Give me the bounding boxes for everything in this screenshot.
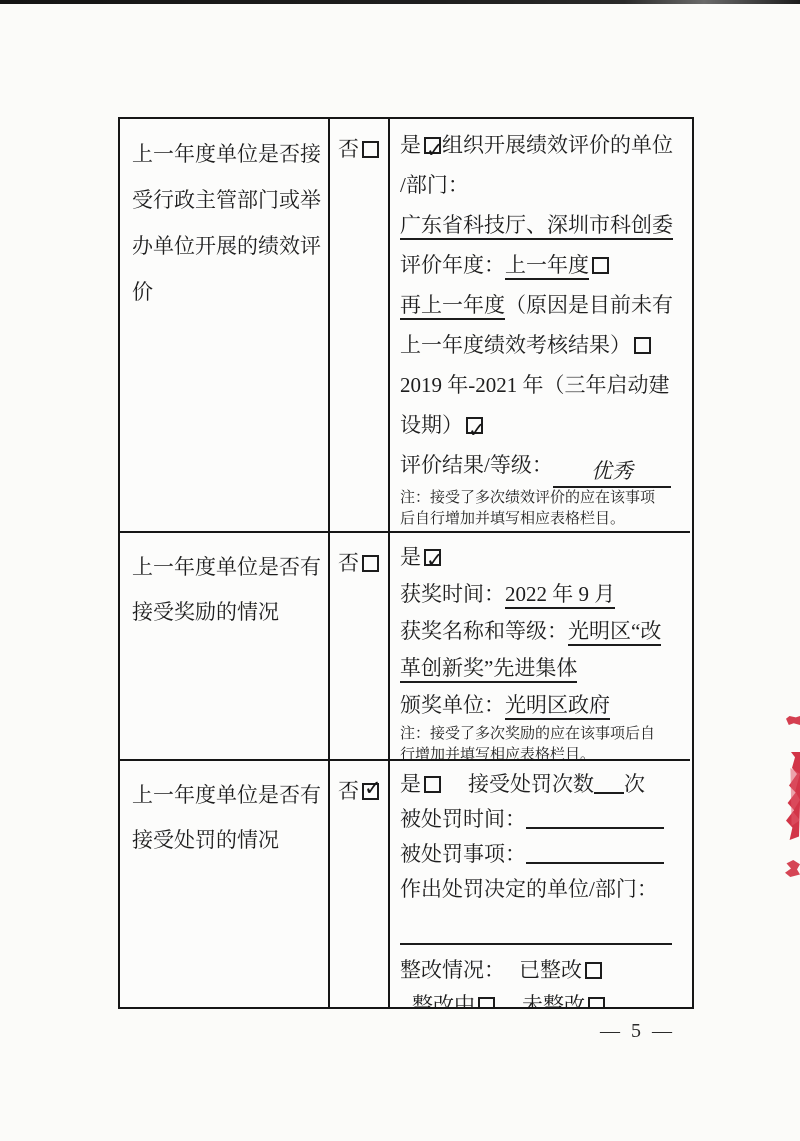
yes-label: 是: [400, 133, 421, 157]
no-checkbox: [362, 783, 379, 800]
penalty-item-label: 被处罚事项：: [400, 842, 526, 866]
red-seal-fragment-icon: [785, 860, 800, 877]
rectify-done-text: 已整改: [519, 958, 582, 982]
penalty-time-blank: [526, 807, 664, 829]
question-text: 办单位开展的绩效评: [132, 223, 328, 269]
yes-label: 是: [400, 772, 421, 796]
dept-label: /部门：: [400, 165, 686, 205]
eval-year-option3-checkbox: [466, 417, 483, 434]
question-cell-performance-evaluation: 上一年度单位是否接 受行政主管部门或举 办单位开展的绩效评 价: [120, 119, 330, 533]
no-option-cell-performance-evaluation: 否: [330, 119, 390, 533]
eval-year-option3-text: 2019 年-2021 年（三年启动建: [400, 365, 686, 405]
result-label: 评价结果/等级：: [400, 453, 553, 477]
penalty-item-blank: [526, 842, 664, 864]
award-org-value: 光明区政府: [505, 693, 610, 720]
no-label: 否: [338, 551, 359, 575]
penalty-count-suffix: 次: [624, 772, 645, 796]
eval-year-label: 评价年度：: [400, 253, 505, 277]
detail-cell-awards: 是 获奖时间：2022 年 9 月 获奖名称和等级：光明区“改 革创新奖”先进集…: [390, 533, 690, 761]
yes-checkbox: [424, 137, 441, 154]
scan-edge-artifact: [0, 0, 800, 4]
dept-value: 广东省科技厅、深圳市科创委: [400, 213, 673, 240]
rectify-not-text: 未整改: [522, 993, 585, 1007]
rectify-doing-checkbox: [478, 997, 495, 1007]
award-name-label: 获奖名称和等级：: [400, 619, 568, 643]
penalty-count-label: 接受处罚次数: [468, 772, 594, 796]
question-cell-penalties: 上一年度单位是否有 接受处罚的情况: [120, 761, 330, 1007]
no-label: 否: [338, 779, 359, 803]
penalty-time-label: 被处罚时间：: [400, 807, 526, 831]
no-option-cell-penalties: 否: [330, 761, 390, 1007]
question-text: 价: [132, 269, 328, 315]
award-name-value: 革创新奖”先进集体: [400, 656, 577, 683]
penalty-org-label: 作出处罚决定的单位/部门：: [400, 872, 686, 907]
yes-label: 是: [400, 545, 421, 569]
award-org-label: 颁奖单位：: [400, 693, 505, 717]
yes-checkbox: [424, 549, 441, 566]
result-value: 优秀: [553, 456, 671, 488]
note-text: 注：接受了多次绩效评价的应在该事项: [400, 488, 686, 509]
detail-cell-penalties: 是接受处罚次数次 被处罚时间： 被处罚事项： 作出处罚决定的单位/部门： 整改情…: [390, 761, 690, 1007]
note-text: 注：接受了多次奖励的应在该事项后自: [400, 724, 686, 745]
rectify-doing-text: 整改中: [412, 993, 475, 1007]
no-checkbox: [362, 141, 379, 158]
question-text: 受行政主管部门或举: [132, 177, 328, 223]
penalty-count-blank: [594, 772, 624, 794]
no-checkbox: [362, 555, 379, 572]
yes-checkbox: [424, 776, 441, 793]
eval-year-option2-checkbox: [634, 337, 651, 354]
rectify-not-checkbox: [588, 997, 605, 1007]
award-name-value: 光明区“改: [568, 619, 661, 646]
eval-year-option2-reason: 上一年度绩效考核结果）: [400, 333, 631, 357]
question-text: 上一年度单位是否有: [132, 773, 328, 818]
page-number: — 5 —: [600, 1020, 675, 1043]
note-text: 行增加并填写相应表格栏目。: [400, 745, 686, 761]
penalty-org-blank: [400, 923, 672, 945]
eval-year-option2-reason: （原因是目前未有: [505, 293, 673, 317]
eval-year-option1: 上一年度: [505, 253, 589, 280]
rectify-done-checkbox: [585, 962, 602, 979]
question-text: 上一年度单位是否接: [132, 131, 328, 177]
form-table: 上一年度单位是否接 受行政主管部门或举 办单位开展的绩效评 价 否 是组织开展绩…: [118, 117, 694, 1009]
eval-year-option2: 再上一年度: [400, 293, 505, 320]
rectify-label: 整改情况：: [400, 958, 505, 982]
award-time-label: 获奖时间：: [400, 582, 505, 606]
question-text: 接受奖励的情况: [132, 590, 328, 635]
eval-year-option3-text: 设期）: [400, 413, 463, 437]
award-time-value: 2022 年 9 月: [505, 582, 615, 609]
note-text: 后自行增加并填写相应表格栏目。: [400, 509, 686, 530]
no-label: 否: [338, 137, 359, 161]
no-option-cell-awards: 否: [330, 533, 390, 761]
eval-year-option1-checkbox: [592, 257, 609, 274]
detail-cell-performance-evaluation: 是组织开展绩效评价的单位 /部门： 广东省科技厅、深圳市科创委 评价年度：上一年…: [390, 119, 690, 533]
red-seal-fragment-icon: [786, 716, 800, 725]
question-text: 上一年度单位是否有: [132, 545, 328, 590]
question-text: 接受处罚的情况: [132, 818, 328, 863]
question-cell-awards: 上一年度单位是否有 接受奖励的情况: [120, 533, 330, 761]
yes-suffix-text: 组织开展绩效评价的单位: [442, 133, 673, 157]
